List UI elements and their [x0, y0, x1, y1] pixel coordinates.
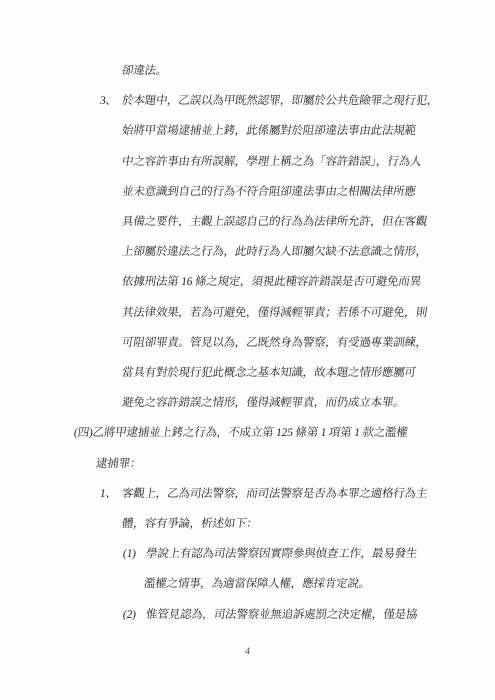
text-line: 當具有對於現行犯此概念之基本知識，故本題之情形應屬可	[121, 366, 417, 380]
text-line: (2)惟管見認為，司法警察並無追訴處罰之決定權，僅是協	[122, 608, 418, 622]
line-text: 依據刑法第 16 條之規定，須視此種容許錯誤是否可避免而異	[121, 276, 422, 288]
line-text: 卻違法。	[121, 65, 168, 77]
line-text: 逮捕罪：	[95, 458, 142, 470]
list-marker: (1)	[122, 547, 147, 561]
line-text: 避免之容許錯誤之情形，僅得減輕罪責，而仍成立本罪。	[121, 397, 405, 409]
text-line: (1)學說上有認為司法警察因實際參與偵查工作，最易發生	[122, 547, 418, 561]
document-body: 卻違法。3、於本題中，乙誤以為甲既然認罪，即屬於公共危險罪之現行犯，始將甲當場逮…	[0, 0, 495, 700]
text-line: 上卻屬於違法之行為，此時行為人即屬欠缺不法意識之情形，	[121, 245, 428, 259]
line-text: 中之容許事由有所誤解，學理上稱之為「容許錯誤」，行為人	[121, 156, 422, 168]
text-line: 中之容許事由有所誤解，學理上稱之為「容許錯誤」，行為人	[121, 155, 422, 169]
line-text: 具備之要件，主觀上誤認自己的行為為法律所允許，但在客觀	[121, 216, 428, 228]
line-text: 乙將甲逮捕並上銬之行為，不成立第 125 條第 1 項第 1 款之濫權	[92, 427, 409, 439]
text-line: 逮捕罪：	[95, 457, 142, 471]
line-text: 惟管見認為，司法警察並無追訴處罰之決定權，僅是協	[145, 609, 418, 621]
line-text: 體，容有爭論，析述如下：	[121, 518, 258, 530]
text-line: (四)乙將甲逮捕並上銬之行為，不成立第 125 條第 1 項第 1 款之濫權	[73, 426, 409, 440]
text-line: 其法律效果，若為可避免，僅得減輕罪責；若係不可避免，則	[121, 306, 428, 320]
text-line: 始將甲當場逮捕並上銬，此係屬對於阻卻違法事由此法規範	[121, 124, 417, 138]
text-line: 濫權之情事，為適當保障人權，應採肯定說。	[143, 577, 371, 591]
text-line: 具備之要件，主觀上誤認自己的行為為法律所允許，但在客觀	[121, 215, 428, 229]
text-line: 可阻卻罪責。管見以為，乙既然身為警察，有受過專業訓練，	[121, 336, 428, 350]
list-marker: 3、	[99, 94, 123, 108]
text-line: 3、於本題中，乙誤以為甲既然認罪，即屬於公共危險罪之現行犯，	[99, 94, 439, 108]
line-text: 其法律效果，若為可避免，僅得減輕罪責；若係不可避免，則	[121, 307, 428, 319]
list-marker: (四)	[73, 426, 94, 440]
line-text: 濫權之情事，為適當保障人權，應採肯定說。	[143, 578, 371, 590]
line-text: 始將甲當場逮捕並上銬，此係屬對於阻卻違法事由此法規範	[121, 125, 416, 137]
line-text: 學說上有認為司法警察因實際參與偵查工作，最易發生	[145, 548, 418, 560]
line-text: 當具有對於現行犯此概念之基本知識，故本題之情形應屬可	[121, 367, 416, 379]
text-line: 1、客觀上，乙為司法警察，而司法警察是否為本罪之適格行為主	[99, 487, 428, 501]
text-line: 依據刑法第 16 條之規定，須視此種容許錯誤是否可避免而異	[121, 275, 422, 289]
text-line: 並未意識到自己的行為不符合阻卻違法事由之相關法律所應	[121, 185, 417, 199]
document-page: 卻違法。3、於本題中，乙誤以為甲既然認罪，即屬於公共危險罪之現行犯，始將甲當場逮…	[0, 0, 495, 700]
list-marker: 1、	[99, 487, 123, 501]
line-text: 於本題中，乙誤以為甲既然認罪，即屬於公共危險罪之現行犯，	[121, 95, 439, 107]
line-text: 可阻卻罪責。管見以為，乙既然身為警察，有受過專業訓練，	[121, 337, 428, 349]
page-number: 4	[0, 646, 495, 657]
list-marker: (2)	[122, 608, 147, 622]
text-line: 卻違法。	[121, 64, 168, 78]
line-text: 客觀上，乙為司法警察，而司法警察是否為本罪之適格行為主	[121, 488, 428, 500]
line-text: 上卻屬於違法之行為，此時行為人即屬欠缺不法意識之情形，	[121, 246, 428, 258]
text-line: 避免之容許錯誤之情形，僅得減輕罪責，而仍成立本罪。	[121, 396, 405, 410]
line-text: 並未意識到自己的行為不符合阻卻違法事由之相關法律所應	[121, 186, 416, 198]
text-line: 體，容有爭論，析述如下：	[121, 517, 259, 531]
